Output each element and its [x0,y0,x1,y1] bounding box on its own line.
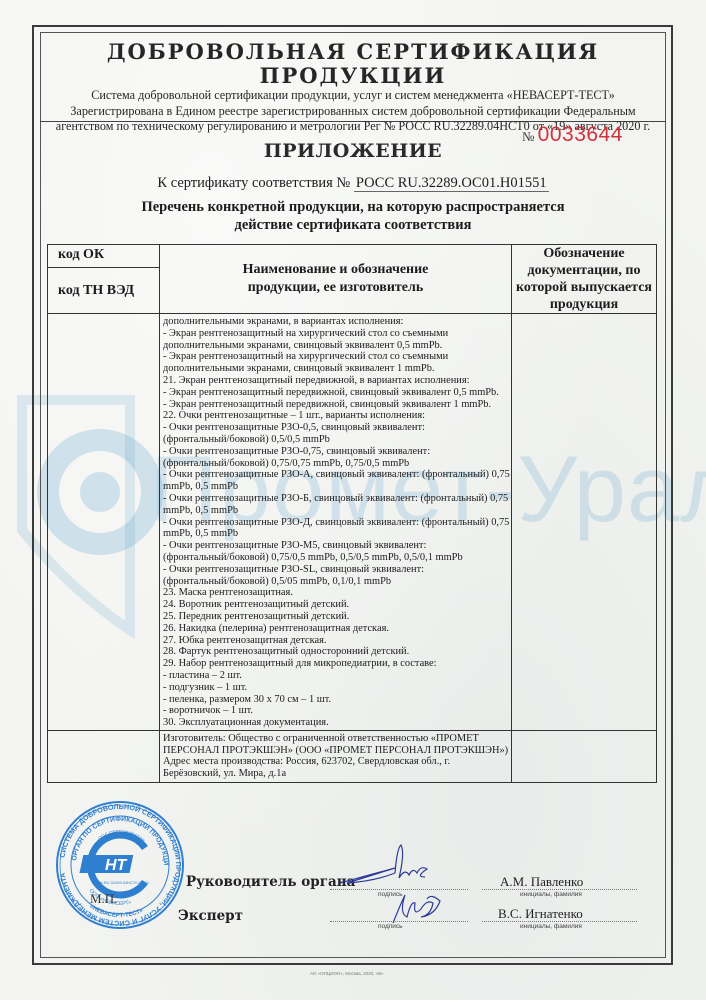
product-line: 28. Фартук рентгенозащитный односторонни… [163,646,508,658]
header-line: продукция [512,296,656,313]
table-header-row: код ОК Наименование и обозначение продук… [48,245,657,268]
product-line: - Очки рентгенозащитные РЗО-0,75, свинцо… [163,446,508,458]
header-line: Наименование и обозначение [160,261,511,279]
header-code-tn-ved: код ТН ВЭД [48,268,160,314]
product-line: - подгузник – 1 шт. [163,682,508,694]
handwritten-signatures [335,843,445,928]
documentation-cell [512,314,657,731]
product-line: 25. Передник рентгенозащитный детский. [163,611,508,623]
product-line: 30. Эксплуатационная документация. [163,717,508,729]
header-line: документации, по [512,262,656,279]
page-title: ПРИЛОЖЕНИЕ [40,140,666,162]
product-line: 21. Экран рентгенозащитный передвижной, … [163,375,508,387]
product-line: - Очки рентгенозащитные РЗО-А, свинцовый… [163,469,508,481]
header-title: ДОБРОВОЛЬНАЯ СЕРТИФИКАЦИЯ ПРОДУКЦИИ [40,40,666,88]
printer-mark: АО «ОПЦИОН», Москва, 2020, «Б» [310,971,384,976]
product-line: (фронтальный/боковой) 0,75/0,75 mmPb, 0,… [163,458,508,470]
header-line: Обозначение [512,245,656,262]
header-product-name: Наименование и обозначение продукции, ее… [160,245,512,314]
certification-header: ДОБРОВОЛЬНАЯ СЕРТИФИКАЦИЯ ПРОДУКЦИИ Сист… [40,32,666,122]
subtitle-line: Перечень конкретной продукции, на котору… [40,198,666,216]
product-line: - пеленка, размером 30 х 70 см – 1 шт. [163,694,508,706]
expert-name: В.С. Игнатенко [498,906,583,922]
seal-place-label: М.П. [90,891,117,907]
product-line: - пластина – 2 шт. [163,670,508,682]
product-line: - Очки рентгенозащитные РЗО-SL, свинцовы… [163,564,508,576]
product-line: дополнительными экранами, свинцовый экви… [163,340,508,352]
svg-text:НТ: НТ [105,857,128,874]
expert-label: Эксперт [178,908,243,924]
product-line: - Экран рентгенозащитный на хирургически… [163,328,508,340]
product-line: (фронтальный/боковой) 0,5/0,5 mmPb [163,434,508,446]
product-list-cell: дополнительными экранами, в вариантах ис… [160,314,512,731]
product-line: Берёзовский, ул. Мира, д.1а [163,768,508,780]
product-line: Изготовитель: Общество с ограниченной от… [163,733,508,745]
name-caption: инициалы, фамилия [520,923,582,930]
head-name-line [482,889,637,890]
product-line: ПЕРСОНАЛ ПРОТЭКШЭН» (ООО «ПРОМЕТ ПЕРСОНА… [163,745,508,757]
product-line: - Экран рентгенозащитный передвижной, св… [163,399,508,411]
product-line: 29. Набор рентгенозащитный для микропеди… [163,658,508,670]
product-line: - Очки рентгенозащитные РЗО-0,5, свинцов… [163,422,508,434]
product-line: mmPb, 0,5 mmPb [163,505,508,517]
product-line: - Очки рентгенозащитные РЗО-М5, свинцовы… [163,540,508,552]
products-table: код ОК Наименование и обозначение продук… [47,244,657,783]
code-cell [48,314,160,731]
svg-text:RA.RU.32289.04НСТ0.ОС01: RA.RU.32289.04НСТ0.ОС01 [97,880,150,885]
certification-stamp: СИСТЕМА ДОБРОВОЛЬНОЙ СЕРТИФИКАЦИИ ПРОДУК… [55,800,185,930]
product-line: - Экран рентгенозащитный передвижной, св… [163,387,508,399]
certificate-reference: К сертификату соответствия № РОСС RU.322… [40,175,666,192]
product-line: дополнительными экранами, в вариантах ис… [163,316,508,328]
product-line: 26. Накидка (пелерина) рентгенозащитная … [163,623,508,635]
certificate-label: К сертификату соответствия № [157,175,350,191]
subtitle-line: действие сертификата соответствия [40,216,666,234]
product-line: 27. Юбка рентгенозащитная детская. [163,635,508,647]
header-line: Система добровольной сертификации продук… [40,88,666,104]
product-line: 23. Маска рентгенозащитная. [163,587,508,599]
product-line: (фронтальный/боковой) 0,5/05 mmPb, 0,1/0… [163,576,508,588]
header-line: Зарегистрирована в Едином реестре зареги… [40,104,666,120]
header-code-ok: код ОК [48,245,160,268]
code-cell [48,730,160,782]
product-line: mmPb, 0,5 mmPb [163,528,508,540]
table-row: дополнительными экранами, в вариантах ис… [48,314,657,731]
header-line: продукции, ее изготовитель [160,279,511,297]
product-line: - Очки рентгенозащитные РЗО-Б, свинцовый… [163,493,508,505]
documentation-cell [512,730,657,782]
product-line: mmPb, 0,5 mmPb [163,481,508,493]
header-line: которой выпускается [512,279,656,296]
header-documentation: Обозначение документации, по которой вып… [512,245,657,314]
name-caption: инициалы, фамилия [520,891,582,898]
head-of-body-label: Руководитель органа [186,874,355,890]
product-line: (фронтальный/боковой) 0,75/0,5 mmPb, 0,5… [163,552,508,564]
product-line: 24. Воротник рентгенозащитный детский. [163,599,508,611]
product-line: - Очки рентгенозащитные РЗО-Д, свинцовый… [163,517,508,529]
product-line: 22. Очки рентгенозащитные – 1 шт., вариа… [163,410,508,422]
product-line: - воротничок – 1 шт. [163,705,508,717]
certificate-number: РОСС RU.32289.ОС01.Н01551 [354,175,549,192]
product-line: дополнительными экранами, свинцовый экви… [163,363,508,375]
subtitle: Перечень конкретной продукции, на котору… [40,198,666,234]
manufacturer-cell: Изготовитель: Общество с ограниченной от… [160,730,512,782]
product-line: - Экран рентгенозащитный на хирургически… [163,351,508,363]
table-row: Изготовитель: Общество с ограниченной от… [48,730,657,782]
head-name: А.М. Павленко [500,874,583,890]
expert-name-line [482,921,637,922]
product-line: Адрес места производства: Россия, 623702… [163,756,508,768]
